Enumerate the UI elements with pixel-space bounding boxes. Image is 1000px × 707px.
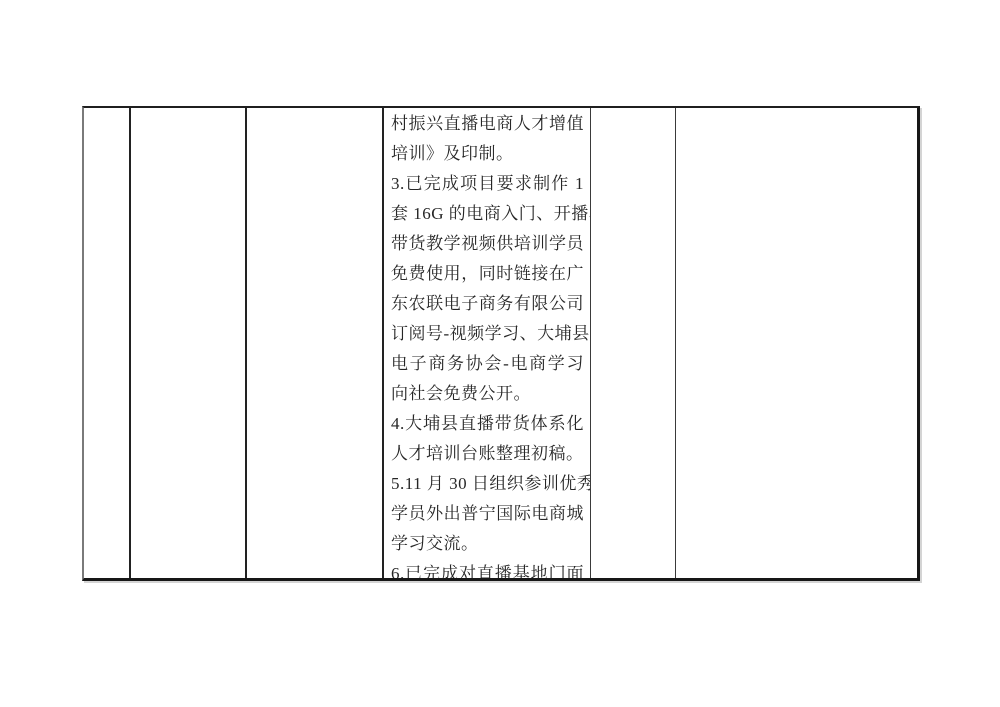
progress-text-line: 6.已完成对直播基地门面 xyxy=(391,559,584,578)
progress-text-line: 免费使用，同时链接在广 xyxy=(391,259,584,289)
progress-text-line: 5.11 月 30 日组织参训优秀 xyxy=(391,469,584,499)
progress-text-line: 电子商务协会-电商学习 xyxy=(391,349,584,379)
report-table: 村振兴直播电商人才增值 培训》及印制。 3.已完成项目要求制作 1 套 16G … xyxy=(82,106,920,581)
progress-text-line: 村振兴直播电商人才增值 xyxy=(391,109,584,139)
table-cell-6 xyxy=(676,108,917,578)
document-page: 村振兴直播电商人才增值 培训》及印制。 3.已完成项目要求制作 1 套 16G … xyxy=(0,0,1000,707)
progress-text-line: 3.已完成项目要求制作 1 xyxy=(391,169,584,199)
progress-text-line: 学习交流。 xyxy=(391,529,584,559)
progress-text-line: 人才培训台账整理初稿。 xyxy=(391,439,584,469)
table-cell-progress-text: 村振兴直播电商人才增值 培训》及印制。 3.已完成项目要求制作 1 套 16G … xyxy=(384,108,591,578)
progress-text-line: 4.大埔县直播带货体系化 xyxy=(391,409,584,439)
progress-text-line: 带货教学视频供培训学员 xyxy=(391,229,584,259)
progress-text-line: 东农联电子商务有限公司 xyxy=(391,289,584,319)
progress-text-line: 订阅号-视频学习、大埔县 xyxy=(391,319,584,349)
progress-text-line: 向社会免费公开。 xyxy=(391,379,584,409)
progress-text-line: 学员外出普宁国际电商城 xyxy=(391,499,584,529)
progress-text-line: 培训》及印制。 xyxy=(391,139,584,169)
table-cell-1 xyxy=(84,108,131,578)
table-cell-5 xyxy=(591,108,676,578)
table-cell-2 xyxy=(131,108,247,578)
table-cell-3 xyxy=(247,108,384,578)
progress-text-line: 套 16G 的电商入门、开播、 xyxy=(391,199,584,229)
